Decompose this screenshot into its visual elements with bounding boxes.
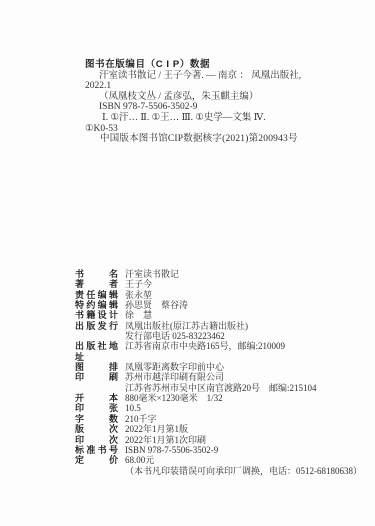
cip-description-line2: 2022.1 (85, 81, 327, 92)
colophon-label: 图排 (75, 362, 118, 372)
colophon-label: 书名 (75, 269, 118, 279)
colophon-value: 210千字 (125, 414, 157, 424)
colophon-label: 印刷 (75, 372, 118, 382)
colophon-value: 江苏省苏州市吴中区南官渡路20号 邮编:215104 (125, 383, 317, 393)
colophon-value: 苏州市越洋印刷有限公司 (125, 372, 224, 382)
colophon-row: 责任编辑 张永堃 (75, 290, 362, 300)
colophon-value: （本书凡印装错误可向承印厂调换，电话：0512-68180638） (125, 466, 362, 476)
colophon-value: 凤凰出版社(原江苏古籍出版社) (125, 321, 248, 331)
colophon-row: 开本 880毫米×1230毫米 1/32 (75, 393, 362, 403)
cip-classification-line1: Ⅰ. ①汗… Ⅱ. ①王… Ⅲ. ①史学—文集 Ⅳ. (85, 113, 327, 124)
colophon-row: 印次 2022年1月第1次印刷 (75, 435, 362, 445)
colophon-row: 书籍设计 徐 慧 (75, 310, 362, 320)
colophon-label (75, 331, 118, 341)
colophon-value: 发行部电话 025-83223462 (125, 331, 225, 341)
cip-data-block: 图书在版编目（C I P）数据 汗室读书散记 / 王子今著. — 南京 ： 凤凰… (85, 60, 327, 145)
colophon-label: 出版社地址 (75, 341, 118, 362)
colophon-row: 书名 汗室读书散记 (75, 269, 362, 279)
colophon-label: 定价 (75, 455, 118, 465)
colophon-row: 江苏省苏州市吴中区南官渡路20号 邮编:215104 (75, 383, 362, 393)
colophon-row: （本书凡印装错误可向承印厂调换，电话：0512-68180638） (75, 466, 362, 476)
colophon-label: 著者 (75, 279, 118, 289)
colophon-table: 书名 汗室读书散记 著者 王子今 责任编辑 张永堃 特约编辑 孙思贤 蔡谷涛 书… (75, 269, 362, 476)
colophon-value: 10.5 (125, 403, 141, 413)
colophon-label (75, 466, 118, 476)
colophon-value: 2022年1月第1版 (125, 424, 188, 434)
colophon-value: ISBN 978-7-5506-3502-9 (125, 445, 218, 455)
colophon-row: 特约编辑 孙思贤 蔡谷涛 (75, 300, 362, 310)
colophon-row: 图排 凤凰零距离数字印前中心 (75, 362, 362, 372)
cip-record-number: 中国版本图书馆CIP数据核字(2021)第200943号 (85, 134, 327, 145)
colophon-row: 印刷 苏州市越洋印刷有限公司 (75, 372, 362, 382)
colophon-value: 汗室读书散记 (125, 269, 179, 279)
colophon-row: 标准书号 ISBN 978-7-5506-3502-9 (75, 445, 362, 455)
colophon-value: 张永堃 (125, 290, 152, 300)
colophon-label: 开本 (75, 393, 118, 403)
colophon-value: 68.00元 (125, 455, 154, 465)
book-copyright-page: 图书在版编目（C I P）数据 汗室读书散记 / 王子今著. — 南京 ： 凤凰… (0, 0, 375, 526)
colophon-label: 特约编辑 (75, 300, 118, 310)
colophon-label: 责任编辑 (75, 290, 118, 300)
colophon-row: 发行部电话 025-83223462 (75, 331, 362, 341)
colophon-value: 孙思贤 蔡谷涛 (125, 300, 188, 310)
colophon-label (75, 383, 118, 393)
colophon-label: 出版发行 (75, 321, 118, 331)
colophon-value: 徐 慧 (125, 310, 152, 320)
colophon-label: 字数 (75, 414, 118, 424)
colophon-label: 标准书号 (75, 445, 118, 455)
colophon-value: 王子今 (125, 279, 152, 289)
colophon-row: 版次 2022年1月第1版 (75, 424, 362, 434)
colophon-value: 凤凰零距离数字印前中心 (125, 362, 224, 372)
colophon-row: 出版社地址 江苏省南京市中央路165号，邮编:210009 (75, 341, 362, 362)
colophon-label: 印次 (75, 435, 118, 445)
cip-classification-line2: ①K0-53 (85, 124, 327, 135)
colophon-row: 印张 10.5 (75, 403, 362, 413)
colophon-label: 书籍设计 (75, 310, 118, 320)
colophon-value: 江苏省南京市中央路165号，邮编:210009 (125, 341, 285, 362)
colophon-label: 版次 (75, 424, 118, 434)
cip-description-line1: 汗室读书散记 / 王子今著. — 南京 ： 凤凰出版社, (85, 71, 327, 82)
cip-series-note: （凤凰枝文丛 / 孟彦弘，朱玉麒主编） (85, 92, 327, 103)
colophon-row: 字数 210千字 (75, 414, 362, 424)
colophon-value: 880毫米×1230毫米 1/32 (125, 393, 223, 403)
cip-heading: 图书在版编目（C I P）数据 (85, 60, 327, 71)
colophon-row: 著者 王子今 (75, 279, 362, 289)
colophon-row: 出版发行 凤凰出版社(原江苏古籍出版社) (75, 321, 362, 331)
colophon-value: 2022年1月第1次印刷 (125, 435, 206, 445)
cip-isbn-line: ISBN 978-7-5506-3502-9 (85, 102, 327, 113)
colophon-label: 印张 (75, 403, 118, 413)
colophon-row: 定价 68.00元 (75, 455, 362, 465)
